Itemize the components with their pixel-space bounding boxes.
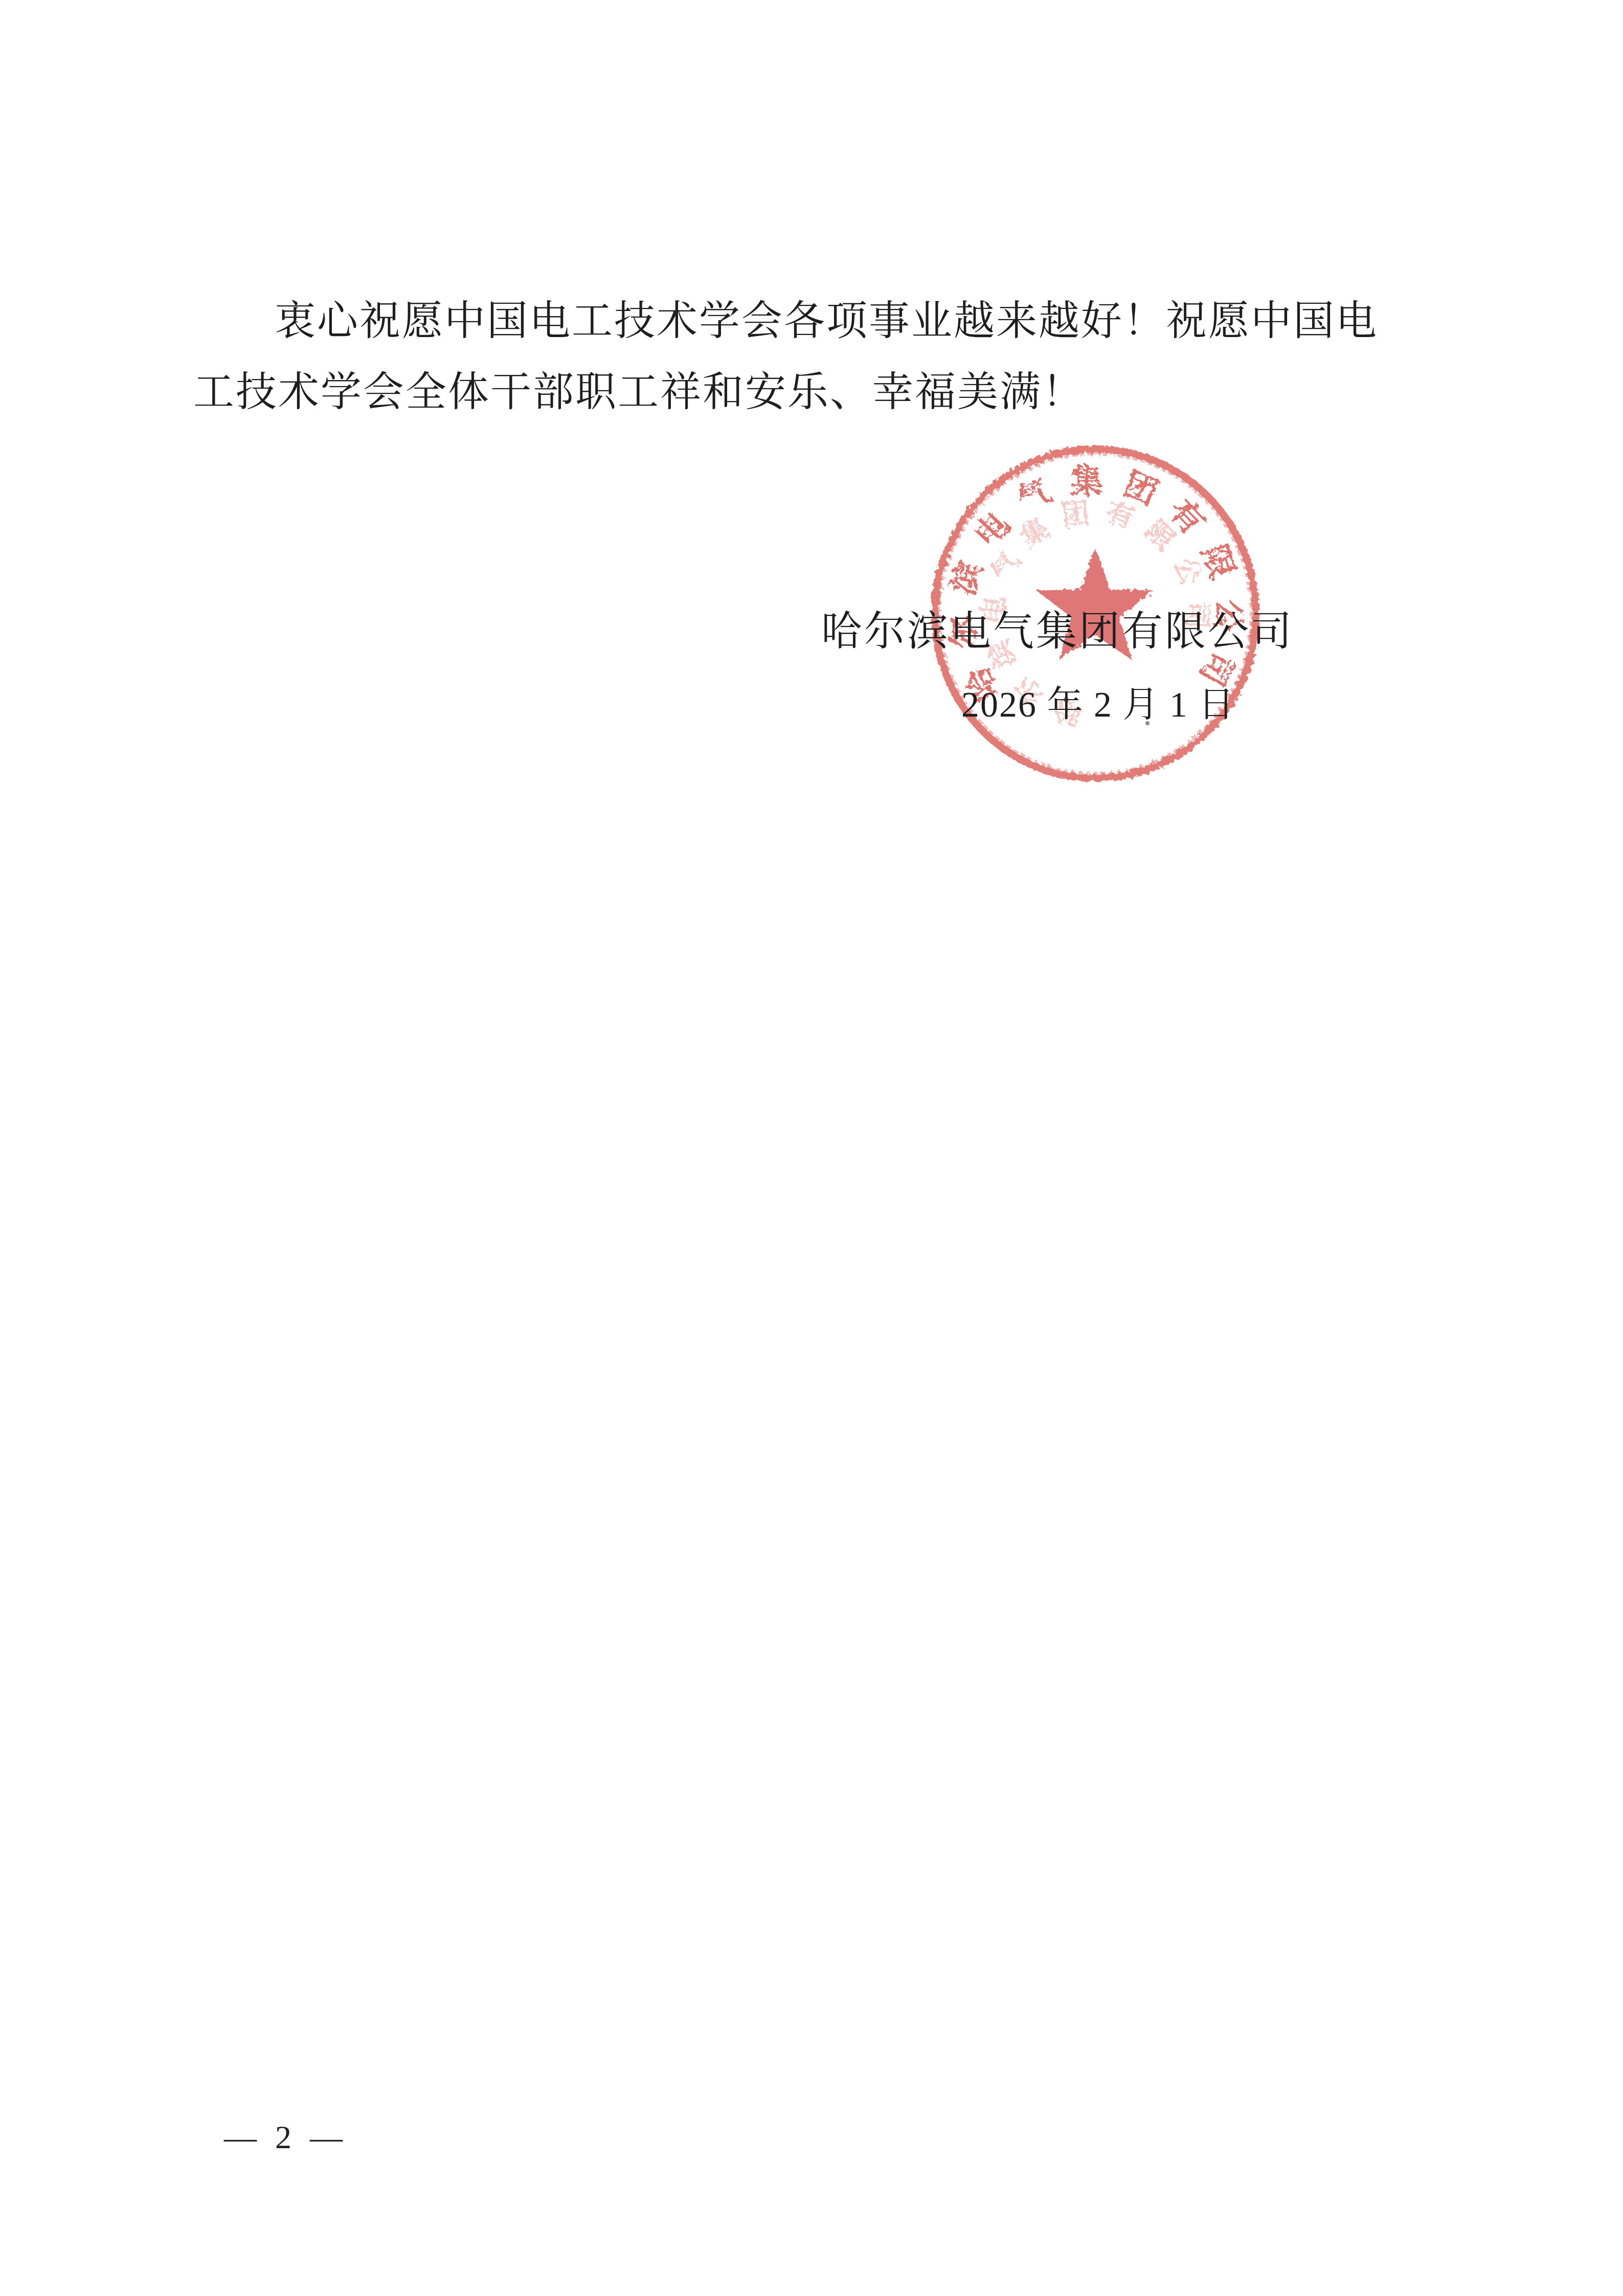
signature-date-line: 2026 年 2 月 1 日	[961, 687, 1235, 723]
signature-company-line: 哈尔滨电气集团有限公司	[821, 611, 1294, 652]
paragraph-line-1: 衷心祝愿中国电工技术学会各项事业越来越好！祝愿中国电	[275, 301, 1378, 342]
scan-speck	[1064, 697, 1069, 702]
page-number: — 2 —	[224, 2121, 348, 2154]
document-page: 衷心祝愿中国电工技术学会各项事业越来越好！祝愿中国电 工技术学会全体干部职工祥和…	[0, 0, 1623, 2296]
paragraph-line-2: 工技术学会全体干部职工祥和安乐、幸福美满！	[193, 372, 1085, 413]
scan-speck	[1145, 721, 1149, 725]
